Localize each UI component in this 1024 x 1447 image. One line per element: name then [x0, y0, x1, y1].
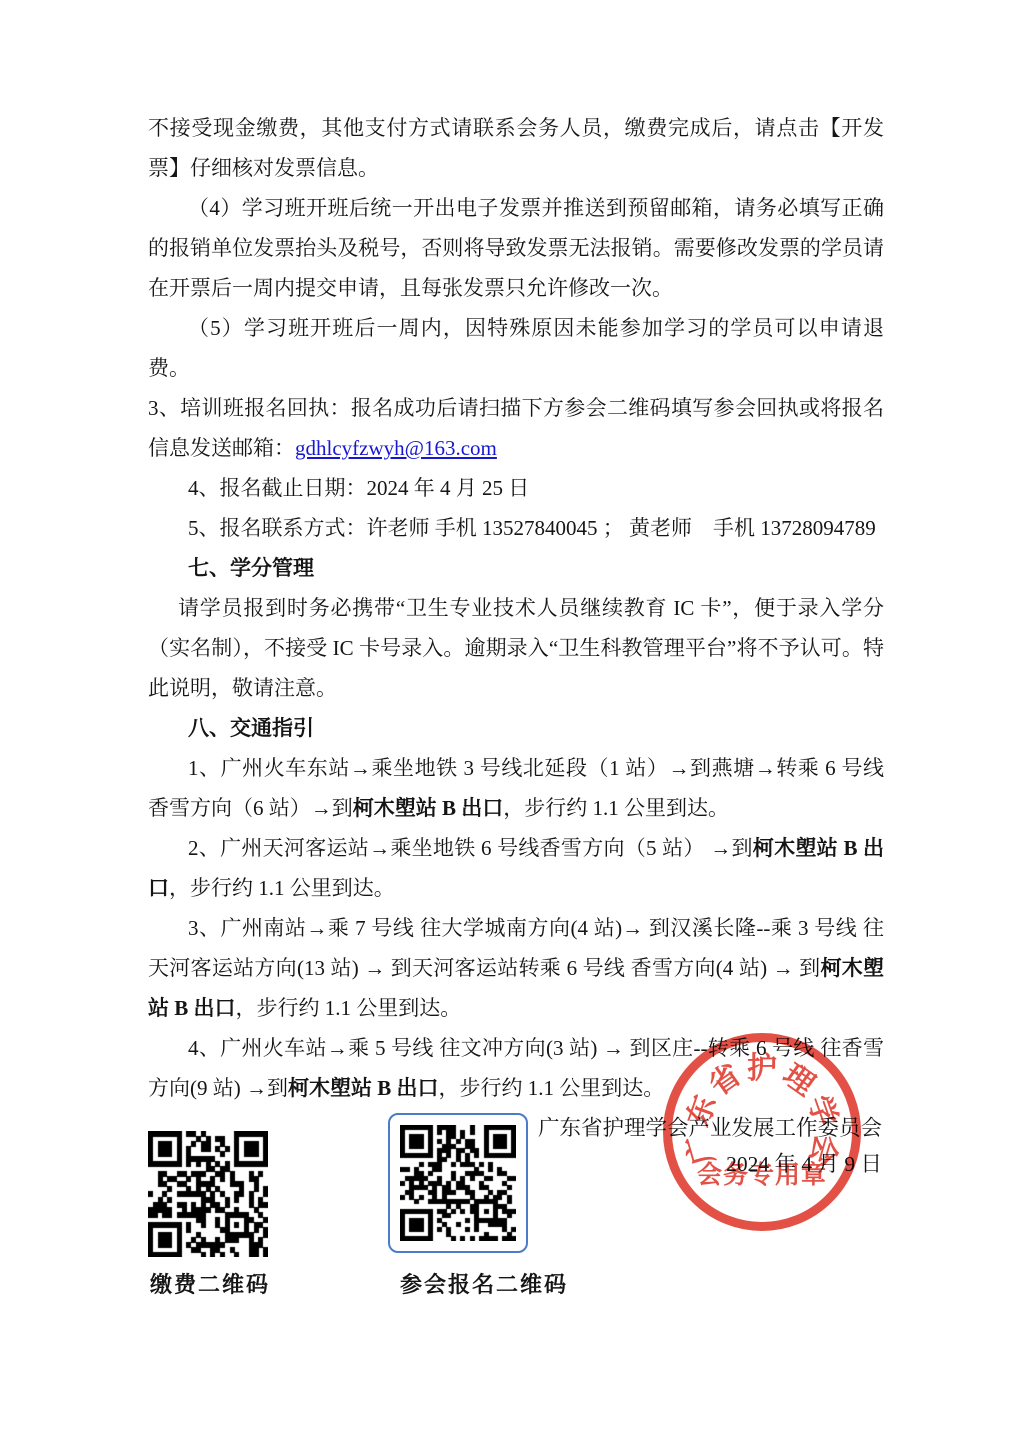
paragraph: 1、广州火车东站→乘坐地铁 3 号线北延段（1 站）→到燕塘→转乘 6 号线香雪…: [148, 748, 884, 828]
paragraph: 5、报名联系方式：许老师 手机 13527840045 ； 黄老师 手机 137…: [148, 508, 884, 548]
payment-qr-code: [148, 1131, 268, 1257]
text-segment: 柯木塱站 B 出口: [288, 1076, 439, 1100]
paragraph: 4、广州火车站→乘 5 号线 往文冲方向(3 站) → 到区庄--转乘 6 号线…: [148, 1028, 884, 1108]
text-segment: （5）学习班开班后一周内，因特殊原因未能参加学习的学员可以申请退费。: [148, 316, 884, 380]
text-segment: 2、广州天河客运站→乘坐地铁 6 号线香雪方向（5 站） →到: [188, 836, 753, 860]
paragraph: （5）学习班开班后一周内，因特殊原因未能参加学习的学员可以申请退费。: [148, 308, 884, 388]
signature-block: 广东省护理学会产业发展工作委员会 2024 年 4 月 9 日: [538, 1110, 882, 1182]
text-segment: ，步行约 1.1 公里到达。: [169, 876, 395, 900]
text-segment: ，步行约 1.1 公里到达。: [503, 796, 729, 820]
paragraph: （4）学习班开班后统一开出电子发票并推送到预留邮箱，请务必填写正确的报销单位发票…: [148, 188, 884, 308]
registration-qr-label: 参会报名二维码: [400, 1268, 568, 1299]
document-page: 不接受现金缴费，其他支付方式请联系会务人员，缴费完成后，请点击【开发票】仔细核对…: [0, 0, 1024, 1447]
text-segment: 七、学分管理: [188, 556, 314, 580]
paragraph: 七、学分管理: [148, 548, 884, 588]
paragraph: 2、广州天河客运站→乘坐地铁 6 号线香雪方向（5 站） →到柯木塱站 B 出口…: [148, 828, 884, 908]
email-link[interactable]: gdhlcyfzwyh@163.com: [295, 436, 497, 460]
text-segment: 不接受现金缴费，其他支付方式请联系会务人员，缴费完成后，请点击【开发票】仔细核对…: [148, 116, 884, 180]
text-segment: 请学员报到时务必携带“卫生专业技术人员继续教育 IC 卡”，便于录入学分（实名制…: [148, 596, 884, 700]
text-segment: 柯木塱站 B 出口: [353, 796, 504, 820]
text-segment: 八、交通指引: [188, 716, 314, 740]
text-segment: 4、报名截止日期：2024 年 4 月 25 日: [188, 476, 529, 500]
text-segment: 3、培训班报名回执：报名成功后请扫描下方参会二维码填写参会回执或将报名信息发送邮…: [148, 396, 884, 460]
text-segment: ，步行约 1.1 公里到达。: [236, 996, 462, 1020]
paragraph: 八、交通指引: [148, 708, 884, 748]
payment-qr-label: 缴费二维码: [150, 1268, 270, 1299]
text-segment: （4）学习班开班后统一开出电子发票并推送到预留邮箱，请务必填写正确的报销单位发票…: [148, 196, 884, 300]
signature-date: 2024 年 4 月 9 日: [538, 1146, 882, 1182]
text-segment: 3、广州南站→乘 7 号线 往大学城南方向(4 站)→ 到汉溪长隆--乘 3 号…: [148, 916, 884, 980]
paragraph: 3、培训班报名回执：报名成功后请扫描下方参会二维码填写参会回执或将报名信息发送邮…: [148, 388, 884, 468]
text-segment: 5、报名联系方式：许老师 手机 13527840045 ； 黄老师 手机 137…: [188, 516, 876, 540]
document-body: 不接受现金缴费，其他支付方式请联系会务人员，缴费完成后，请点击【开发票】仔细核对…: [148, 108, 884, 1108]
paragraph: 请学员报到时务必携带“卫生专业技术人员继续教育 IC 卡”，便于录入学分（实名制…: [148, 588, 884, 708]
paragraph: 4、报名截止日期：2024 年 4 月 25 日: [148, 468, 884, 508]
paragraph: 3、广州南站→乘 7 号线 往大学城南方向(4 站)→ 到汉溪长隆--乘 3 号…: [148, 908, 884, 1028]
signature-org: 广东省护理学会产业发展工作委员会: [538, 1110, 882, 1146]
registration-qr-frame: [388, 1113, 528, 1253]
registration-qr-code: [400, 1125, 516, 1241]
text-segment: ，步行约 1.1 公里到达。: [439, 1076, 665, 1100]
paragraph: 不接受现金缴费，其他支付方式请联系会务人员，缴费完成后，请点击【开发票】仔细核对…: [148, 108, 884, 188]
